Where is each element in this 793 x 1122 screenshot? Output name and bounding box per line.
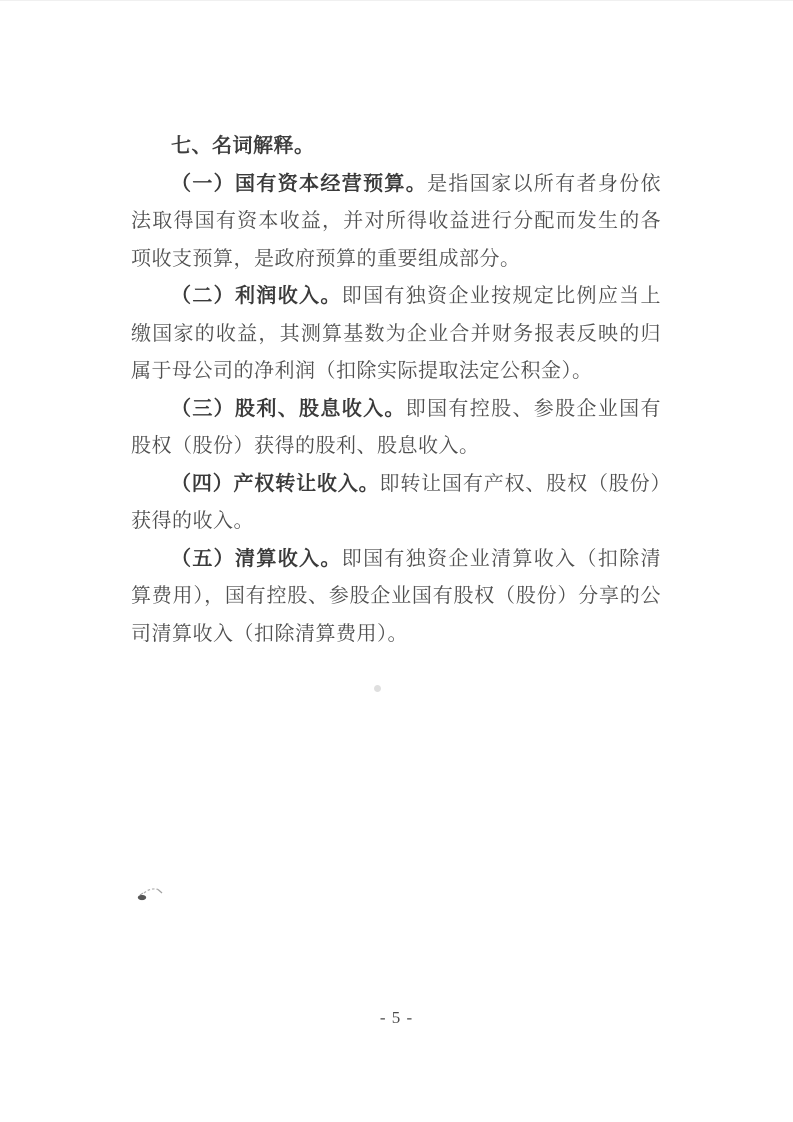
definition-term: （三）股利、股息收入。 [171,398,406,420]
definition-paragraph: （一）国有资本经营预算。是指国家以所有者身份依法取得国有资本收益，并对所得收益进… [131,166,661,279]
scanned-document-page: 七、名词解释。 （一）国有资本经营预算。是指国家以所有者身份依法取得国有资本收益… [0,0,793,1122]
definition-term: （一）国有资本经营预算。 [171,173,427,195]
ink-smudge-artifact [133,882,165,904]
definition-term: （五）清算收入。 [171,548,342,570]
section-heading: 七、名词解释。 [131,128,661,166]
definition-term: （四）产权转让收入。 [171,473,379,495]
definition-paragraph: （五）清算收入。即国有独资企业清算收入（扣除清算费用），国有控股、参股企业国有股… [131,541,661,654]
definition-paragraph: （三）股利、股息收入。即国有控股、参股企业国有股权（股份）获得的股利、股息收入。 [131,391,661,466]
page-number: - 5 - [0,1008,793,1028]
definition-paragraph: （四）产权转让收入。即转让国有产权、股权（股份）获得的收入。 [131,466,661,541]
definition-paragraph: （二）利润收入。即国有独资企业按规定比例应当上缴国家的收益，其测算基数为企业合并… [131,278,661,391]
document-body: 七、名词解释。 （一）国有资本经营预算。是指国家以所有者身份依法取得国有资本收益… [131,128,661,653]
scan-speck-artifact [374,685,381,692]
definition-term: （二）利润收入。 [171,285,342,307]
